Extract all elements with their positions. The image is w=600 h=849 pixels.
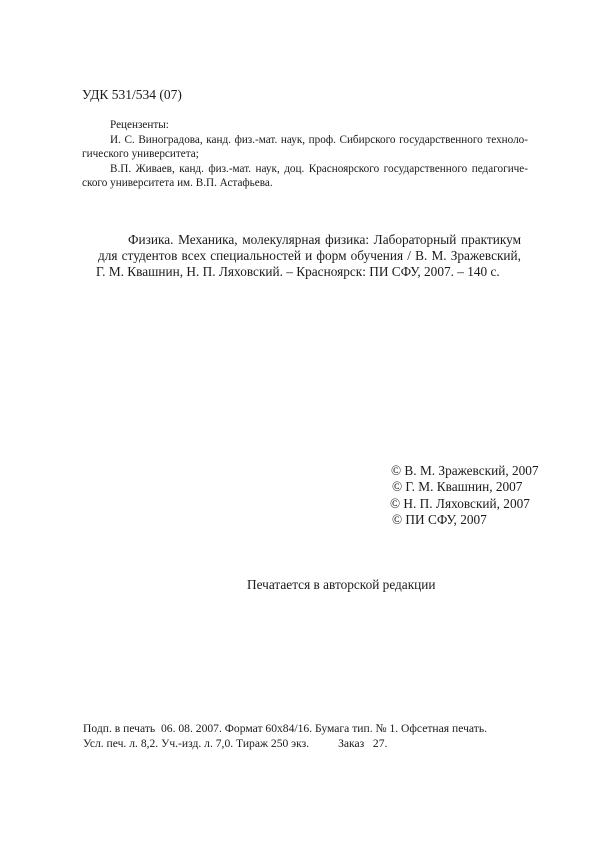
imprint-block: Подп. в печать 06. 08. 2007. Формат 60x8… [83, 721, 487, 751]
reviewer-2-line-1: В.П. Живаев, канд. физ.-мат. наук, доц. … [82, 162, 528, 177]
reviewers-heading: Рецензенты: [82, 118, 528, 133]
udk-code: УДК 531/534 (07) [82, 87, 182, 103]
biblio-line-1: Физика. Механика, молекулярная физика: Л… [96, 232, 521, 248]
copyright-line: © ПИ СФУ, 2007 [391, 512, 539, 528]
biblio-line-2: для студентов всех специальностей и форм… [96, 248, 521, 264]
copyright-line: © В. М. Зражевский, 2007 [391, 463, 539, 479]
reviewer-2-line-2: ского университета им. В.П. Астафьева. [82, 176, 528, 191]
copyright-line: © Н. П. Ляховский, 2007 [390, 496, 539, 512]
reviewer-1-line-1: И. С. Виноградова, канд. физ.-мат. наук,… [82, 133, 528, 148]
imprint-line-2: Усл. печ. л. 8,2. Уч.-изд. л. 7,0. Тираж… [83, 736, 487, 751]
imprint-line-1: Подп. в печать 06. 08. 2007. Формат 60x8… [83, 721, 487, 736]
bibliographic-record: Физика. Механика, молекулярная физика: Л… [96, 232, 521, 281]
reviewer-1-line-2: гического университета; [82, 147, 528, 162]
copyright-line: © Г. М. Квашнин, 2007 [391, 479, 539, 495]
reviewers-block: Рецензенты: И. С. Виноградова, канд. физ… [82, 118, 528, 191]
edition-note: Печатается в авторской редакции [247, 577, 436, 593]
biblio-line-3: Г. М. Квашнин, Н. П. Ляховский. – Красно… [96, 264, 521, 280]
copyright-block: © В. М. Зражевский, 2007 © Г. М. Квашнин… [391, 463, 539, 528]
